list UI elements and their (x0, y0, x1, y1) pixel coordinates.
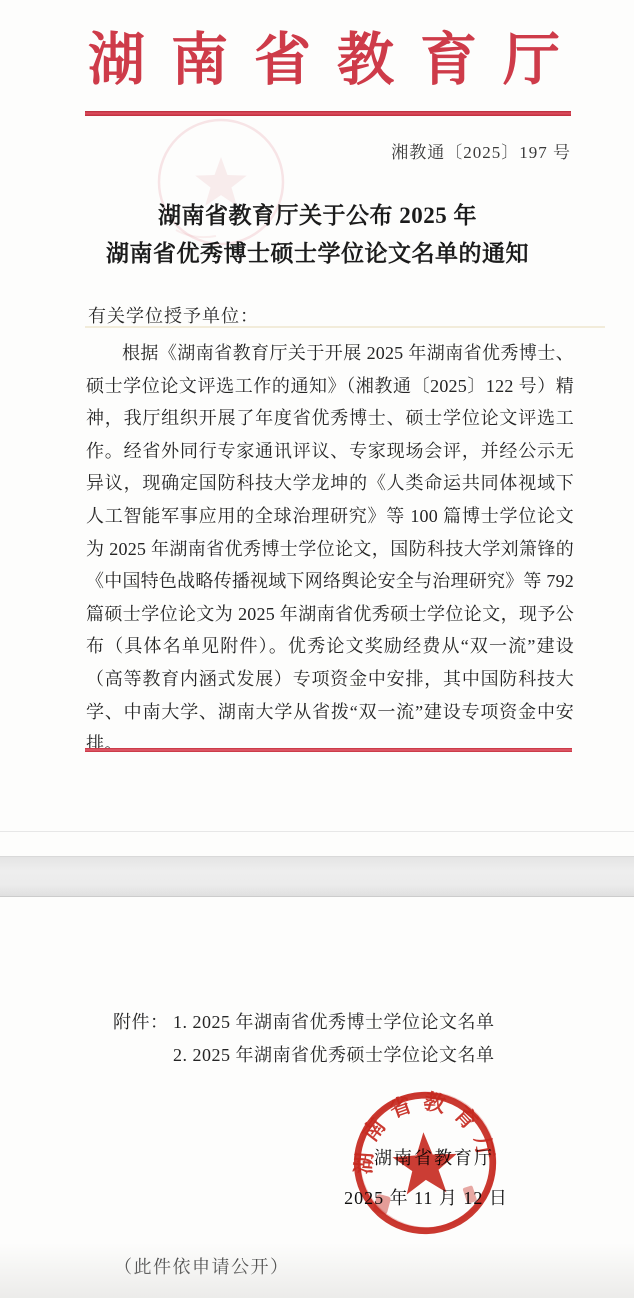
official-seal: 湖南省教育厅 (344, 1082, 506, 1244)
document-page: 湖南省教育厅 湘教通〔2025〕197 号 湖南省教育厅关于公布 2025 年 … (0, 0, 634, 1298)
attachments-list: 附件：1. 2025 年湖南省优秀博士学位论文名单 2. 2025 年湖南省优秀… (113, 1006, 495, 1072)
notice-title-line1: 湖南省教育厅关于公布 2025 年 (60, 197, 575, 235)
page-edge-line (0, 831, 634, 832)
seal-smudge-right (462, 1185, 477, 1204)
letterhead-org-name: 湖南省教育厅 (88, 28, 586, 94)
attachment-row-2: 2. 2025 年湖南省优秀硕士学位论文名单 (113, 1039, 495, 1072)
attachment-item-2: 2. 2025 年湖南省优秀硕士学位论文名单 (173, 1045, 495, 1065)
seal-star-icon (391, 1131, 459, 1196)
footer-note: （此件依申请公开） (114, 1253, 290, 1279)
footer-red-rule (85, 748, 572, 752)
attachment-item-1: 1. 2025 年湖南省优秀博士学位论文名单 (173, 1012, 495, 1032)
body-paragraph: 根据《湖南省教育厅关于开展 2025 年湖南省优秀博士、硕士学位论文评选工作的通… (86, 337, 574, 761)
attachments-label: 附件： (113, 1006, 173, 1039)
scan-artifact-line (85, 326, 605, 328)
doc-number: 湘教通〔2025〕197 号 (391, 138, 571, 163)
letterhead-red-rule (85, 111, 571, 116)
notice-title: 湖南省教育厅关于公布 2025 年 湖南省优秀博士硕士学位论文名单的通知 (60, 197, 575, 273)
bottom-shade (0, 1243, 634, 1298)
page-gap-band (0, 856, 634, 897)
seal-smudge-left (373, 1194, 392, 1216)
notice-title-line2: 湖南省优秀博士硕士学位论文名单的通知 (60, 235, 575, 273)
attachment-row-1: 附件：1. 2025 年湖南省优秀博士学位论文名单 (113, 1006, 495, 1039)
salutation: 有关学位授予单位： (88, 302, 259, 328)
